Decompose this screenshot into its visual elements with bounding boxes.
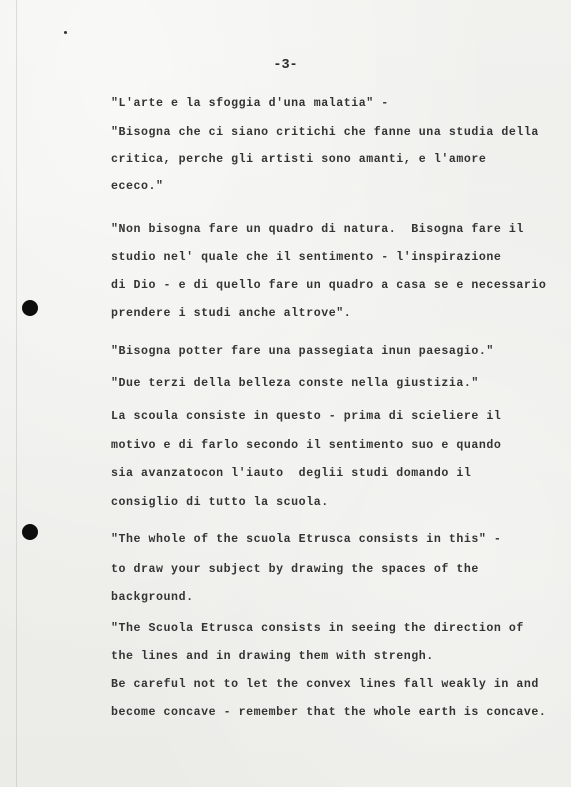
text-line: "L'arte e la sfoggia d'una malatia" - (111, 96, 389, 112)
text-line: "The Scuola Etrusca consists in seeing t… (111, 621, 524, 637)
punch-hole-top (22, 300, 38, 316)
text-line: studio nel' quale che il sentimento - l'… (111, 250, 501, 266)
paper-fold-line (16, 0, 17, 787)
text-line: Be careful not to let the convex lines f… (111, 677, 539, 693)
typewritten-page: -3- "L'arte e la sfoggia d'una malatia" … (0, 0, 571, 787)
text-line: prendere i studi anche altrove". (111, 306, 351, 322)
text-line: "Bisogna che ci siano critichi che fanne… (111, 125, 539, 141)
text-line: "Non bisogna fare un quadro di natura. B… (111, 222, 524, 238)
text-line: "Due terzi della belleza conste nella gi… (111, 376, 479, 392)
text-line: background. (111, 590, 194, 606)
document-body: "L'arte e la sfoggia d'una malatia" - "B… (111, 96, 551, 395)
text-line: motivo e di farlo secondo il sentimento … (111, 438, 501, 454)
text-line: ececo." (111, 179, 164, 195)
text-line: "The whole of the scuola Etrusca consist… (111, 532, 501, 548)
text-line: "Bisogna potter fare una passegiata inun… (111, 344, 494, 360)
text-line: critica, perche gli artisti sono amanti,… (111, 152, 486, 168)
page-number: -3- (0, 58, 571, 73)
punch-hole-bottom (22, 524, 38, 540)
text-line: to draw your subject by drawing the spac… (111, 562, 479, 578)
text-line: become concave - remember that the whole… (111, 705, 546, 721)
text-line: the lines and in drawing them with stren… (111, 649, 434, 665)
paper-speck (64, 31, 67, 34)
text-line: di Dio - e di quello fare un quadro a ca… (111, 278, 546, 294)
text-line: consiglio di tutto la scuola. (111, 495, 329, 511)
text-line: La scoula consiste in questo - prima di … (111, 409, 501, 425)
text-line: sia avanzatocon l'iauto deglii studi dom… (111, 466, 471, 482)
